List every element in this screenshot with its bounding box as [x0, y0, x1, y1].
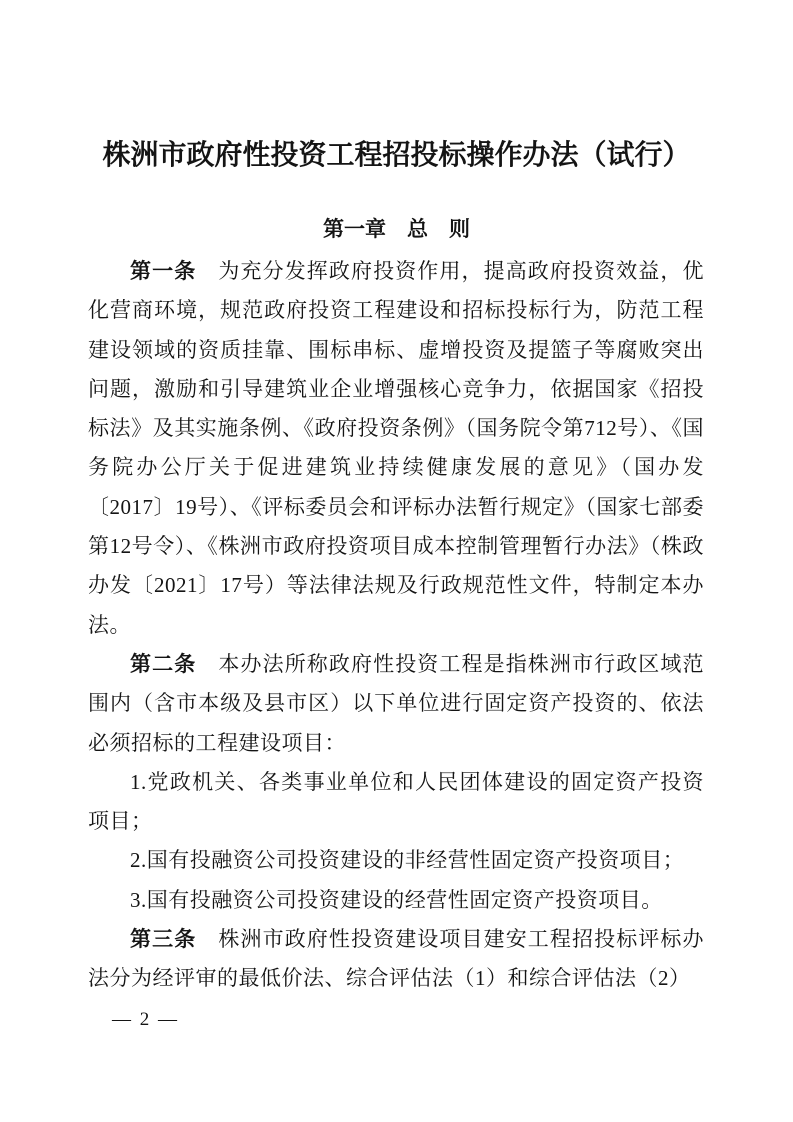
list-item-text: 3.国有投融资公司投资建设的经营性固定资产投资项目。: [130, 888, 663, 912]
article-number: 第三条: [130, 927, 196, 951]
list-item-text: 1.党政机关、各类事业单位和人民团体建设的固定资产投资项目；: [88, 770, 704, 833]
list-item-2: 2.国有投融资公司投资建设的非经营性固定资产投资项目；: [88, 841, 704, 880]
list-item-1: 1.党政机关、各类事业单位和人民团体建设的固定资产投资项目；: [88, 763, 704, 842]
article-number: 第一条: [130, 259, 196, 283]
list-item-3: 3.国有投融资公司投资建设的经营性固定资产投资项目。: [88, 881, 704, 920]
article-paragraph-3: 第三条 株洲市政府性投资建设项目建安工程招投标评标办法分为经评审的最低价法、综合…: [88, 920, 704, 999]
chapter-heading: 第一章 总 则: [0, 214, 793, 244]
article-paragraph-2: 第二条 本办法所称政府性投资工程是指株洲市行政区域范围内（含市本级及县市区）以下…: [88, 645, 704, 763]
document-title: 株洲市政府性投资工程招投标操作办法（试行）: [0, 0, 793, 175]
article-text: 为充分发挥政府投资作用，提高政府投资效益，优化营商环境，规范政府投资工程建设和招…: [88, 259, 704, 637]
page-number: — 2 —: [112, 1008, 793, 1032]
article-paragraph-1: 第一条 为充分发挥政府投资作用，提高政府投资效益，优化营商环境，规范政府投资工程…: [88, 252, 704, 645]
document-page: 株洲市政府性投资工程招投标操作办法（试行） 第一章 总 则 第一条 为充分发挥政…: [0, 0, 793, 1122]
document-body: 第一条 为充分发挥政府投资作用，提高政府投资效益，优化营商环境，规范政府投资工程…: [88, 252, 704, 999]
article-number: 第二条: [130, 652, 196, 676]
list-item-text: 2.国有投融资公司投资建设的非经营性固定资产投资项目；: [130, 848, 684, 872]
